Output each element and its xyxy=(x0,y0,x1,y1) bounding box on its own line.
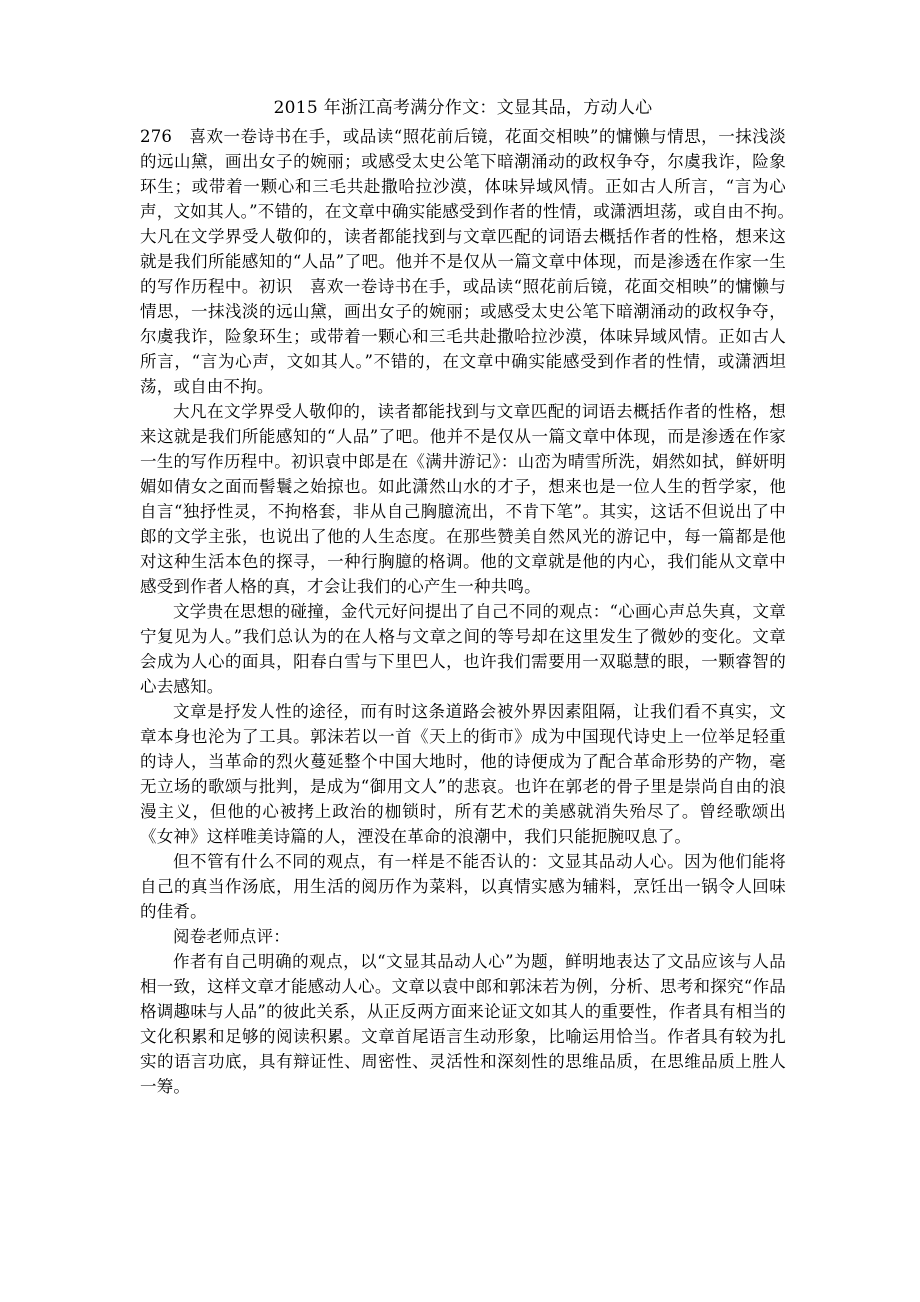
paragraph: 但不管有什么不同的观点，有一样是不能否认的：文显其品动人心。因为他们能将自己的真… xyxy=(140,849,786,924)
paragraph: 文章是抒发人性的途径，而有时这条道路会被外界因素阻隔，让我们看不真实，文章本身也… xyxy=(140,699,786,849)
paragraph: 大凡在文学界受人敬仰的，读者都能找到与文章匹配的词语去概括作者的性格，想来这就是… xyxy=(140,399,786,599)
paragraph: 阅卷老师点评： xyxy=(140,924,786,949)
page-title: 2015 年浙江高考满分作文：文显其品，方动人心 xyxy=(140,96,786,121)
paragraph: 文学贵在思想的碰撞，金代元好问提出了自己不同的观点：“心画心声总失真，文章宁复见… xyxy=(140,599,786,699)
paragraph: 作者有自己明确的观点，以“文显其品动人心”为题，鲜明地表达了文品应该与人品相一致… xyxy=(140,949,786,1099)
paragraph: 276 喜欢一卷诗书在手，或品读“照花前后镜，花面交相映”的慵懒与情思，一抹浅淡… xyxy=(140,124,786,399)
document-body: 276 喜欢一卷诗书在手，或品读“照花前后镜，花面交相映”的慵懒与情思，一抹浅淡… xyxy=(140,124,786,1099)
document-page: 2015 年浙江高考满分作文：文显其品，方动人心 276 喜欢一卷诗书在手，或品… xyxy=(0,0,920,1302)
